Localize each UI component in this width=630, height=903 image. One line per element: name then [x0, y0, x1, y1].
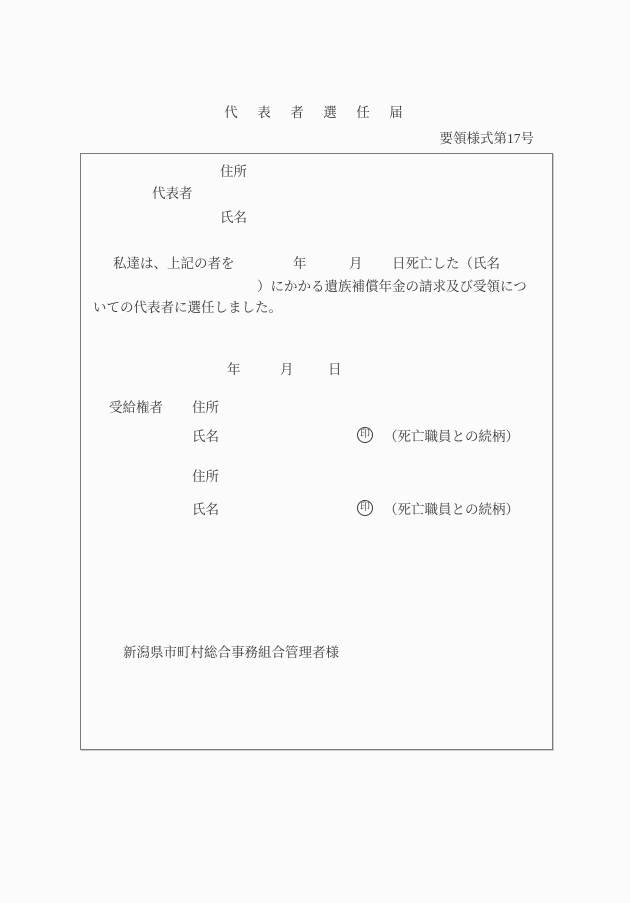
- body-line2: ）にかかる遺族補償年金の請求及び受領につ: [257, 279, 527, 294]
- date-day-label: 日: [328, 362, 342, 377]
- seal-character: 印: [360, 429, 370, 440]
- representative-role-label: 代表者: [152, 186, 193, 201]
- body-line1-month-label: 月: [349, 256, 363, 271]
- form-number-label: 要領様式第17号: [440, 131, 535, 146]
- document-page: 代 表 者 選 任 届 要領様式第17号 住所 代表者 氏名 私達は、上記の者を…: [0, 0, 630, 903]
- date-year-label: 年: [227, 362, 241, 377]
- date-month-label: 月: [280, 362, 294, 377]
- form-border-box: [80, 153, 553, 750]
- beneficiary1-address-label: 住所: [192, 400, 219, 415]
- beneficiary-section-label: 受給権者: [109, 400, 163, 415]
- beneficiary1-relation-note: （死亡職員との続柄）: [384, 429, 519, 444]
- seal-icon: 印: [357, 427, 373, 443]
- document-title: 代 表 者 選 任 届: [0, 105, 630, 120]
- beneficiary2-name-label: 氏名: [192, 502, 219, 517]
- beneficiary2-relation-note: （死亡職員との続柄）: [384, 502, 519, 517]
- representative-name-label: 氏名: [220, 210, 247, 225]
- body-line1-tail: 日死亡した（氏名: [392, 256, 500, 271]
- body-line1-year-label: 年: [293, 256, 307, 271]
- body-line3: いての代表者に選任しました。: [93, 300, 282, 315]
- seal-icon: 印: [357, 500, 373, 516]
- addressee-line: 新潟県市町村総合事務組合管理者様: [123, 645, 339, 660]
- beneficiary2-address-label: 住所: [192, 469, 219, 484]
- body-line1-intro: 私達は、上記の者を: [113, 256, 235, 271]
- beneficiary1-name-label: 氏名: [192, 429, 219, 444]
- representative-address-label: 住所: [220, 164, 247, 179]
- seal-character: 印: [360, 502, 370, 513]
